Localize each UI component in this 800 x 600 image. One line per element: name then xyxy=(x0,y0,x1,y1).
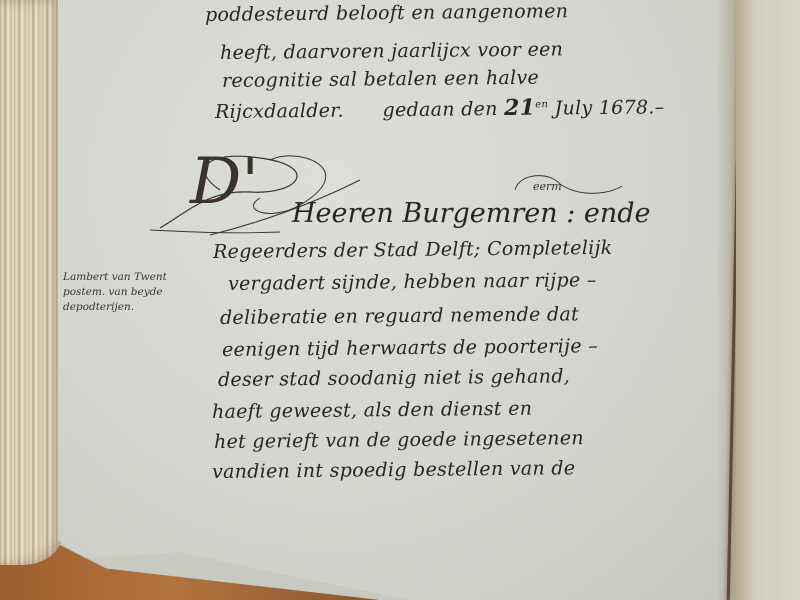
date-month-year: July 1678.– xyxy=(554,96,664,119)
margin-note-line: postem. van beyde xyxy=(63,285,167,300)
date-day-suffix: en xyxy=(535,99,548,110)
margin-note: Lambert van Twent postem. van beyde depo… xyxy=(63,270,167,315)
manuscript-photo: poddesteurd belooft en aangenomen heeft,… xyxy=(0,0,800,600)
date-day: 21 xyxy=(504,95,535,121)
heading-text: Heeren Burgemren : ende xyxy=(292,198,651,229)
body-entry-line: vergadert sijnde, hebben naar rijpe – xyxy=(228,269,597,295)
top-entry-line: poddesteurd belooft en aangenomen xyxy=(205,0,569,26)
body-entry-line: vandien int spoedig bestellen van de xyxy=(212,457,576,483)
body-entry-line: Regeerders der Stad Delft; Completelijk xyxy=(213,237,613,263)
top-entry-closing: Rijcxdaalder. gedaan den 21en July 1678.… xyxy=(215,93,665,124)
date-prefix: gedaan den xyxy=(382,98,497,121)
body-entry-line: haeft geweest, als den dienst en xyxy=(212,398,532,423)
top-entry-line: Rijcxdaalder. xyxy=(215,100,344,123)
top-entry-line: heeft, daarvoren jaarlijcx voor een xyxy=(220,38,563,64)
body-entry-line: deser stad soodanig niet is gehand, xyxy=(218,365,570,391)
entry-heading: D' eerm Heeren Burgemren : ende xyxy=(150,150,710,240)
margin-note-line: depodterijen. xyxy=(63,300,167,315)
heading-initial: D' xyxy=(190,150,259,214)
facing-page xyxy=(736,0,800,600)
body-entry-line: het gerieft van de goede ingesetenen xyxy=(214,427,584,453)
body-entry-line: eenigen tijd herwaarts de poorterije – xyxy=(222,335,598,361)
body-entry-line: deliberatie en reguard nemende dat xyxy=(220,303,579,329)
margin-note-line: Lambert van Twent xyxy=(63,270,167,285)
top-entry-line: recognitie sal betalen een halve xyxy=(222,67,539,92)
book-page-edges xyxy=(0,0,62,565)
